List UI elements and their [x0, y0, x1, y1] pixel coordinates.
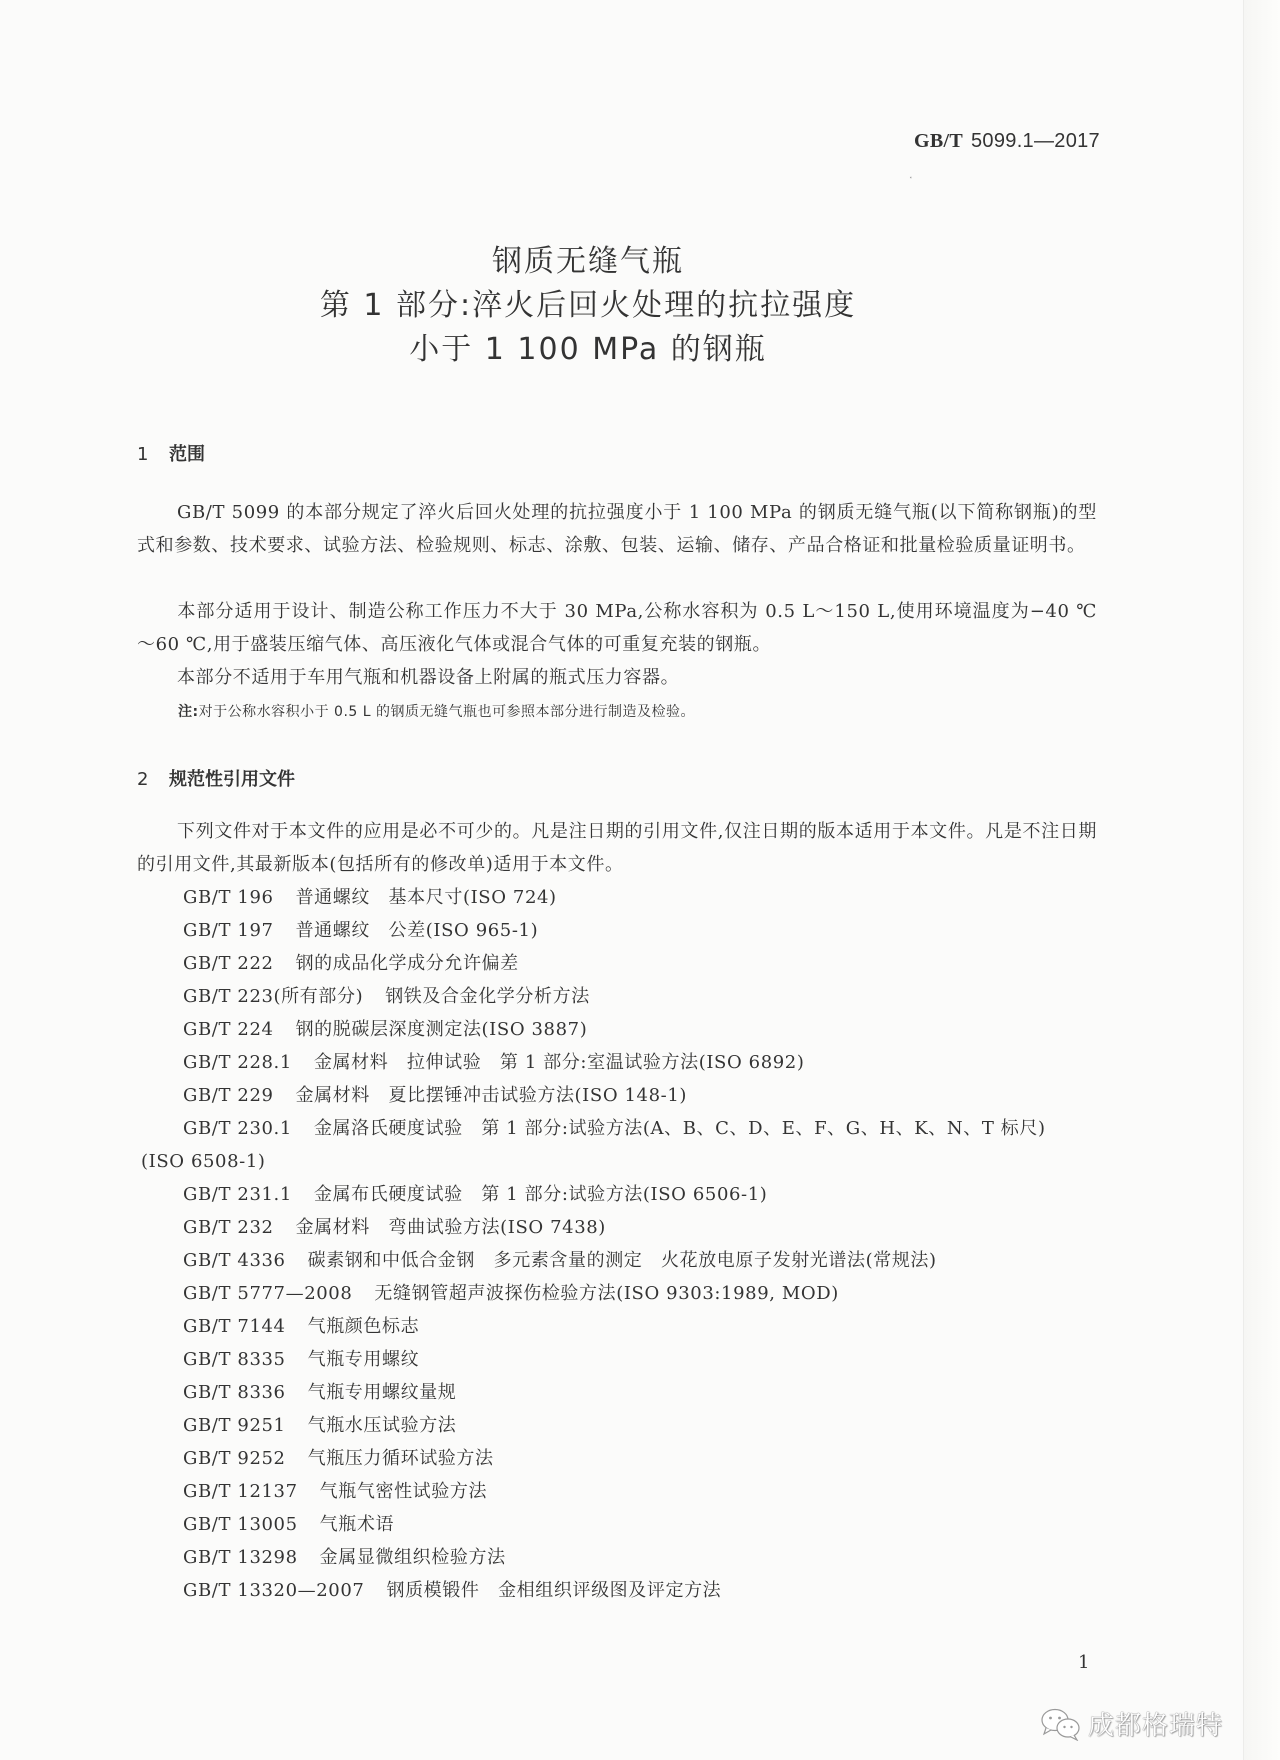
watermark-text: 成都格瑞特: [1088, 1705, 1223, 1742]
title-line-1: 钢质无缝气瓶: [0, 240, 1176, 284]
reference-item: GB/T 13298金属显微组织检验方法: [183, 1541, 1143, 1574]
section-2-heading: 2规范性引用文件: [137, 765, 295, 791]
section-2-intro: 下列文件对于本文件的应用是必不可少的。凡是注日期的引用文件,仅注日期的版本适用于…: [137, 815, 1097, 881]
document-title: 钢质无缝气瓶 第 1 部分:淬火后回火处理的抗拉强度 小于 1 100 MPa …: [0, 240, 1176, 372]
reference-item: GB/T 13320—2007钢质模锻件 金相组织评级图及评定方法: [183, 1574, 1143, 1607]
reference-item: GB/T 12137气瓶气密性试验方法: [183, 1475, 1143, 1508]
scan-speck: ⸼: [910, 165, 912, 179]
title-line-2: 第 1 部分:淬火后回火处理的抗拉强度: [0, 284, 1176, 328]
standard-prefix: GB/T: [914, 130, 963, 152]
section-1-paragraph-1: GB/T 5099 的本部分规定了淬火后回火处理的抗拉强度小于 1 100 MP…: [137, 496, 1097, 562]
section-title: 范围: [169, 444, 205, 465]
reference-item-continuation: (ISO 6508-1): [141, 1145, 1143, 1178]
reference-item: GB/T 9252气瓶压力循环试验方法: [183, 1442, 1143, 1475]
section-number: 2: [137, 769, 169, 790]
standard-code: GB/T5099.1—2017: [914, 130, 1100, 153]
section-1-note: 注:对于公称水容积小于 0.5 L 的钢质无缝气瓶也可参照本部分进行制造及检验。: [178, 701, 1078, 721]
watermark: 成都格瑞特: [1040, 1705, 1223, 1742]
page-number: 1: [1078, 1652, 1089, 1673]
section-1-heading: 1范围: [137, 440, 205, 466]
reference-list: GB/T 196普通螺纹 基本尺寸(ISO 724) GB/T 197普通螺纹 …: [183, 881, 1143, 1607]
reference-item: GB/T 196普通螺纹 基本尺寸(ISO 724): [183, 881, 1143, 914]
reference-item: GB/T 9251气瓶水压试验方法: [183, 1409, 1143, 1442]
reference-item: GB/T 222钢的成品化学成分允许偏差: [183, 947, 1143, 980]
reference-item: GB/T 7144气瓶颜色标志: [183, 1310, 1143, 1343]
title-line-3: 小于 1 100 MPa 的钢瓶: [0, 328, 1176, 372]
note-label: 注:: [178, 704, 199, 720]
reference-item: GB/T 229金属材料 夏比摆锤冲击试验方法(ISO 148-1): [183, 1079, 1143, 1112]
section-number: 1: [137, 444, 169, 465]
reference-item: GB/T 232金属材料 弯曲试验方法(ISO 7438): [183, 1211, 1143, 1244]
reference-item: GB/T 5777—2008无缝钢管超声波探伤检验方法(ISO 9303:198…: [183, 1277, 1143, 1310]
standard-number: 5099.1—2017: [971, 130, 1100, 152]
page-edge: [1243, 0, 1280, 1760]
reference-item: GB/T 8336气瓶专用螺纹量规: [183, 1376, 1143, 1409]
reference-item: GB/T 228.1金属材料 拉伸试验 第 1 部分:室温试验方法(ISO 68…: [183, 1046, 1143, 1079]
reference-item: GB/T 8335气瓶专用螺纹: [183, 1343, 1143, 1376]
wechat-icon: [1040, 1707, 1082, 1741]
note-text: 对于公称水容积小于 0.5 L 的钢质无缝气瓶也可参照本部分进行制造及检验。: [199, 704, 695, 720]
section-1-paragraph-2: 本部分适用于设计、制造公称工作压力不大于 30 MPa,公称水容积为 0.5 L…: [137, 595, 1097, 661]
reference-item: GB/T 224钢的脱碳层深度测定法(ISO 3887): [183, 1013, 1143, 1046]
reference-item: GB/T 230.1金属洛氏硬度试验 第 1 部分:试验方法(A、B、C、D、E…: [183, 1112, 1143, 1145]
reference-item: GB/T 197普通螺纹 公差(ISO 965-1): [183, 914, 1143, 947]
section-1-paragraph-3: 本部分不适用于车用气瓶和机器设备上附属的瓶式压力容器。: [137, 661, 1097, 694]
section-title: 规范性引用文件: [169, 769, 295, 790]
reference-item: GB/T 4336碳素钢和中低合金钢 多元素含量的测定 火花放电原子发射光谱法(…: [183, 1244, 1143, 1277]
reference-item: GB/T 13005气瓶术语: [183, 1508, 1143, 1541]
reference-item: GB/T 231.1金属布氏硬度试验 第 1 部分:试验方法(ISO 6506-…: [183, 1178, 1143, 1211]
reference-item: GB/T 223(所有部分)钢铁及合金化学分析方法: [183, 980, 1143, 1013]
